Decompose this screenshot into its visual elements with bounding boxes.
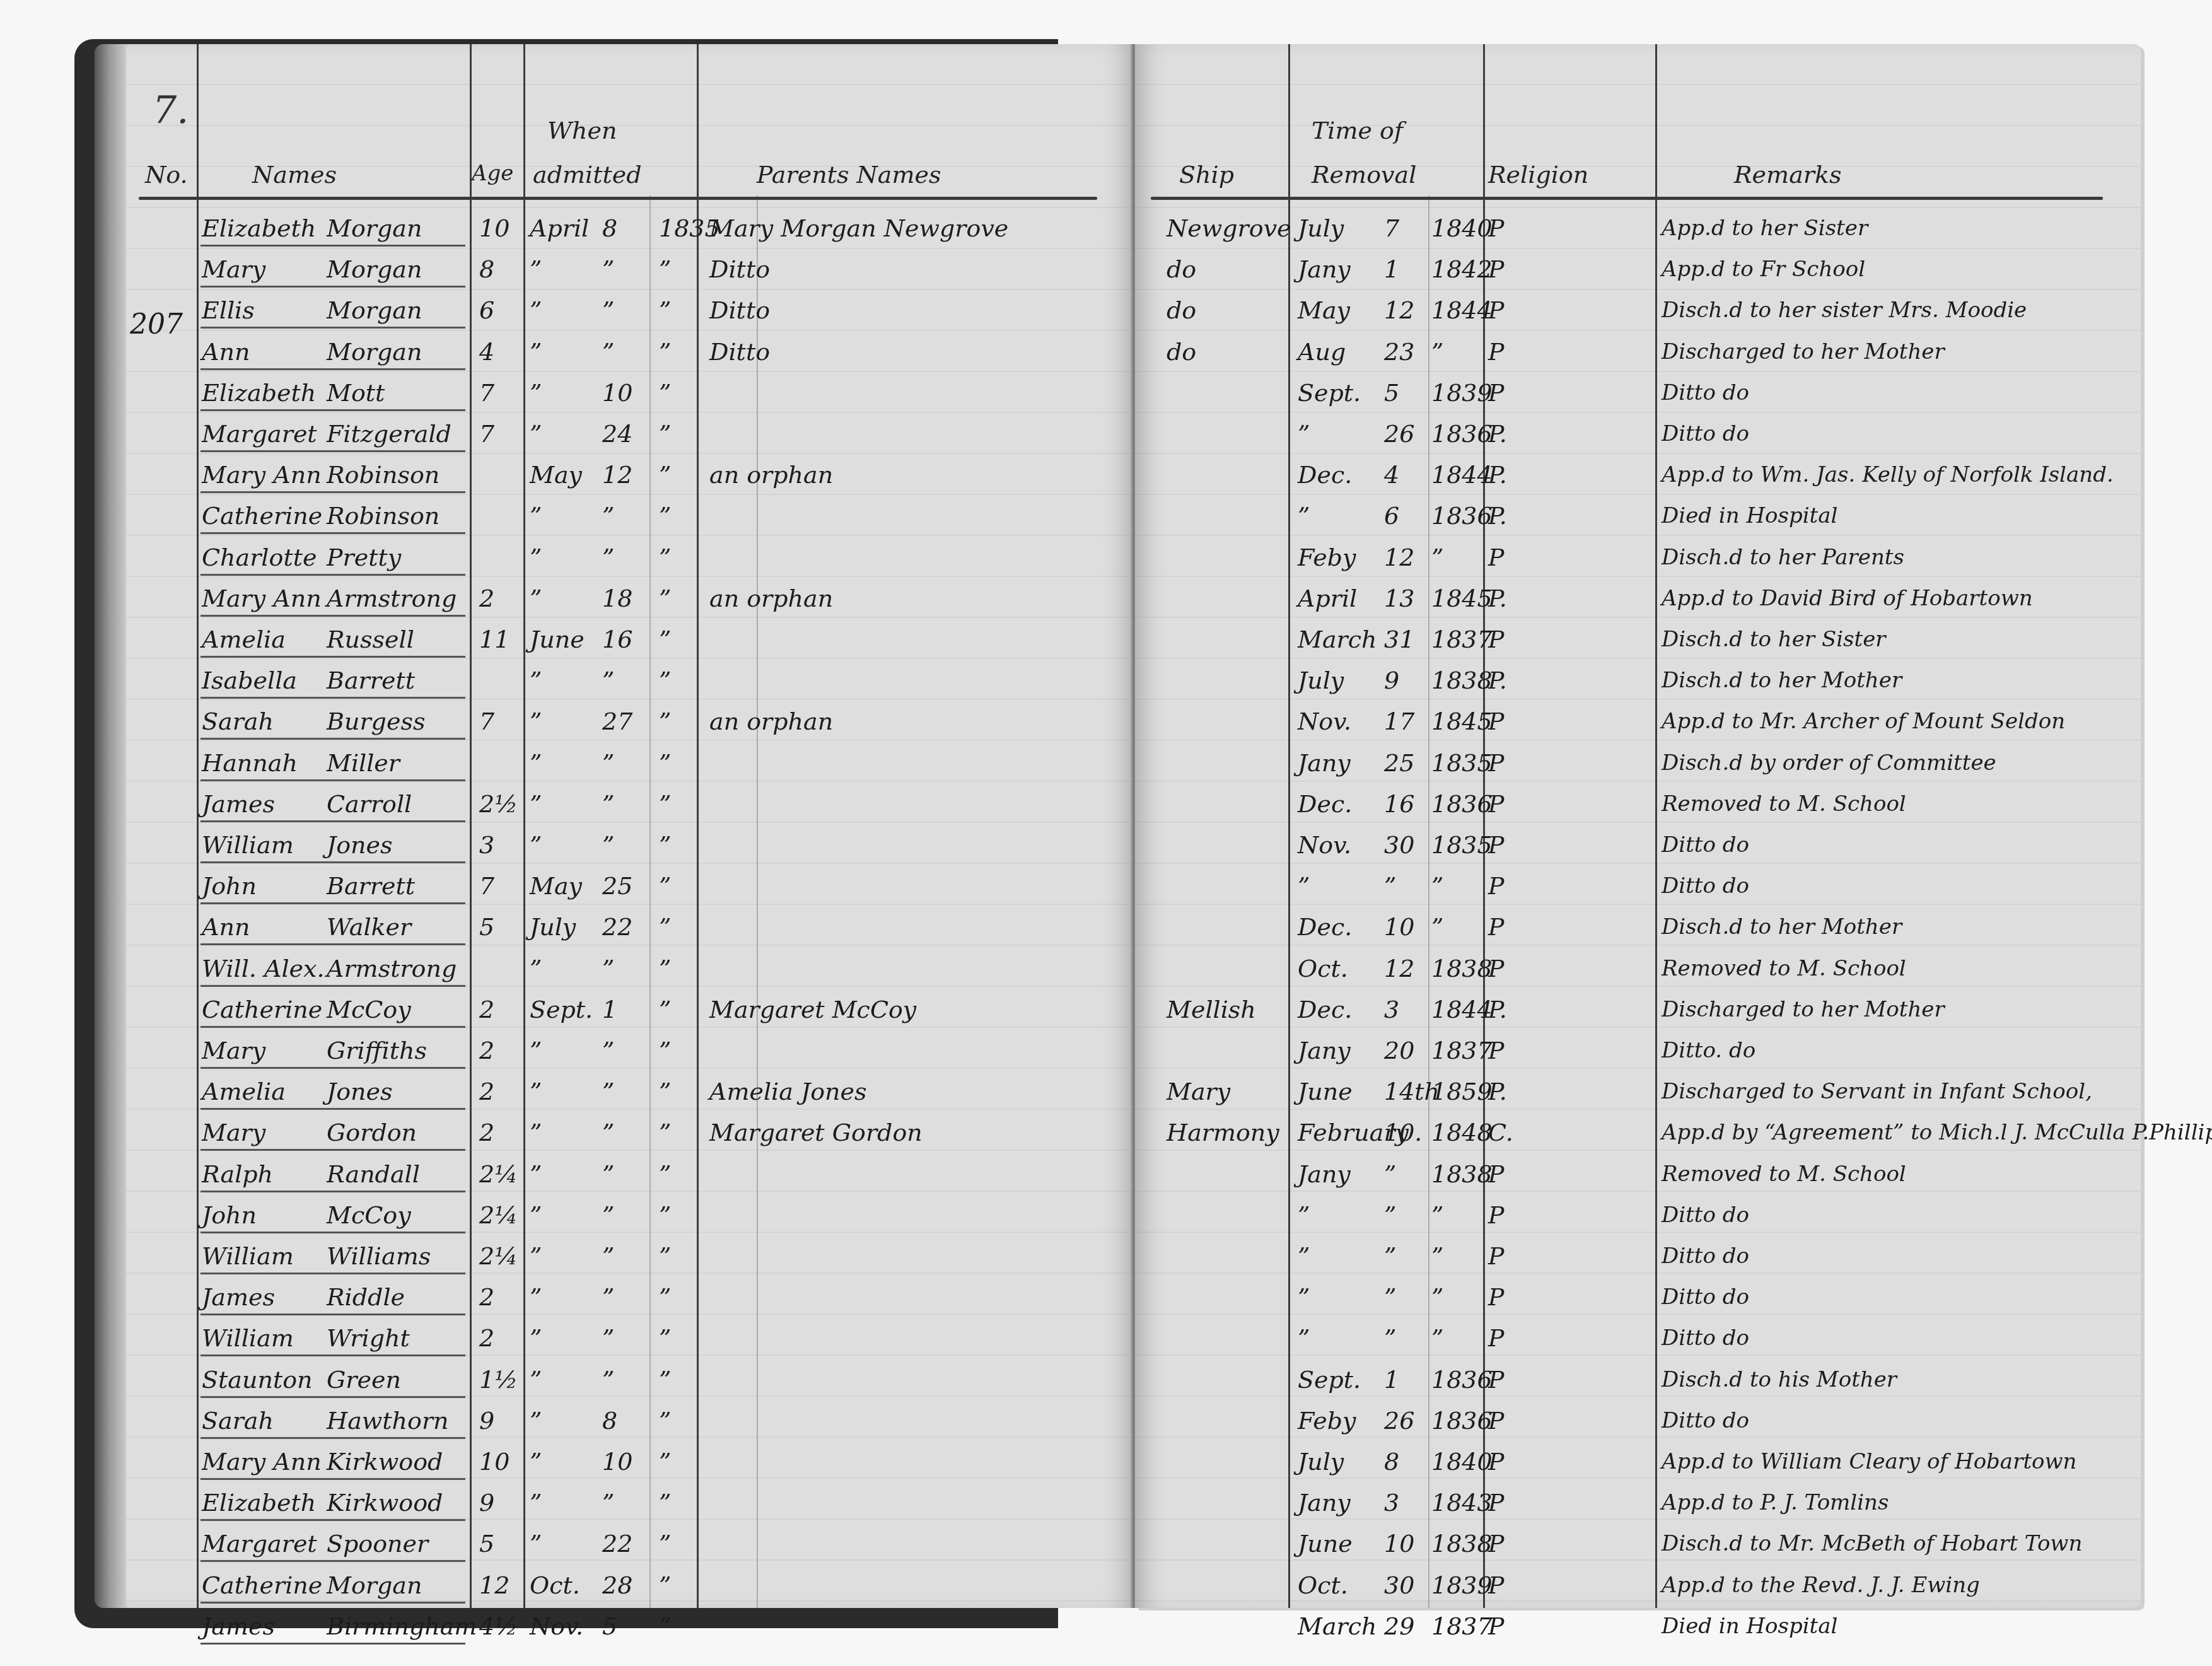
removal-day: 12 <box>1384 950 1414 987</box>
surname: McCoy <box>327 991 411 1028</box>
remarks: Ditto do <box>1662 1237 1749 1275</box>
admitted-day: ” <box>602 950 614 987</box>
admitted-month: ” <box>530 1525 542 1563</box>
first-name: Elizabeth <box>202 209 316 247</box>
removal-month: ” <box>1298 1319 1310 1357</box>
religion: P <box>1488 702 1505 740</box>
surname: Robinson <box>327 497 439 535</box>
name-underline <box>201 1314 465 1315</box>
admitted-day: ” <box>602 1361 614 1399</box>
removal-year: 1848 <box>1431 1114 1493 1151</box>
remarks: App.d to William Cleary of Hobartown <box>1662 1443 2077 1481</box>
first-name: Mary Ann <box>202 456 322 494</box>
admitted-year: ” <box>659 1525 671 1563</box>
surname: Burgess <box>327 702 425 740</box>
remarks: Ditto do <box>1662 1196 1749 1234</box>
admitted-month: Nov. <box>530 1607 583 1645</box>
removal-day: 6 <box>1384 497 1399 535</box>
header-rule <box>1151 197 2103 200</box>
removal-month: Nov. <box>1298 826 1351 864</box>
first-name: Amelia <box>202 620 286 658</box>
surname: Barrett <box>327 867 415 905</box>
admitted-month: ” <box>530 1073 542 1110</box>
admitted-year: ” <box>659 456 671 494</box>
religion: P <box>1488 1196 1505 1234</box>
header-parents-names: Parents Names <box>757 161 941 189</box>
surname: Riddle <box>327 1278 405 1316</box>
parent-name: Mary Morgan Newgrove <box>709 209 1008 247</box>
removal-month: Dec. <box>1298 991 1352 1028</box>
religion: P <box>1488 785 1505 823</box>
age: 10 <box>479 209 509 247</box>
admitted-month: ” <box>530 1237 542 1275</box>
admitted-month: Sept. <box>530 991 593 1028</box>
admitted-day: ” <box>602 539 614 576</box>
name-underline <box>201 574 465 576</box>
removal-month: March <box>1298 620 1377 658</box>
remarks: Disch.d to her Mother <box>1662 661 1902 699</box>
removal-year: 1845 <box>1431 702 1493 740</box>
age: 5 <box>479 908 494 946</box>
parent-name: Ditto <box>709 291 770 329</box>
name-underline <box>201 1191 465 1192</box>
removal-year: ” <box>1431 1278 1443 1316</box>
admitted-year: ” <box>659 1155 671 1193</box>
remarks: Discharged to her Mother <box>1662 333 1945 371</box>
removal-year: 1838 <box>1431 950 1493 987</box>
religion: P. <box>1488 456 1507 494</box>
surname: Spooner <box>327 1525 428 1563</box>
admitted-month: April <box>530 209 589 247</box>
admitted-year: ” <box>659 1361 671 1399</box>
removal-day: 30 <box>1384 1566 1414 1604</box>
admitted-month: ” <box>530 415 542 453</box>
admitted-year: ” <box>659 867 671 905</box>
surname: Fitzgerald <box>327 415 451 453</box>
surname: Wright <box>327 1319 410 1357</box>
removal-year: 1839 <box>1431 1566 1493 1604</box>
first-name: Mary Ann <box>202 1443 322 1481</box>
admitted-year: ” <box>659 950 671 987</box>
removal-month: Sept. <box>1298 374 1361 412</box>
religion: P <box>1488 291 1505 329</box>
admitted-year: ” <box>659 1114 671 1151</box>
name-underline <box>201 1643 465 1645</box>
surname: Morgan <box>327 250 422 288</box>
admitted-day: 24 <box>602 415 632 453</box>
removal-month: July <box>1298 1443 1344 1481</box>
admitted-day: ” <box>602 291 614 329</box>
removal-day: 17 <box>1384 702 1414 740</box>
header-no: No. <box>145 161 188 189</box>
admitted-day: 22 <box>602 908 632 946</box>
removal-year: 1844 <box>1431 456 1493 494</box>
admitted-year: ” <box>659 374 671 412</box>
name-underline <box>201 1067 465 1069</box>
header-time-of-removal-top: Time of <box>1312 117 1403 144</box>
name-underline <box>201 286 465 288</box>
admitted-day: ” <box>602 1278 614 1316</box>
admitted-year: ” <box>659 1032 671 1069</box>
remarks: Removed to M. School <box>1662 785 1906 823</box>
header-religion: Religion <box>1488 161 1588 189</box>
first-name: John <box>202 1196 257 1234</box>
admitted-month: ” <box>530 1484 542 1522</box>
removal-day: 30 <box>1384 826 1414 864</box>
first-name: Catherine <box>202 991 322 1028</box>
first-name: Sarah <box>202 1402 274 1440</box>
column-rule <box>470 44 472 1608</box>
ship: Harmony <box>1167 1114 1279 1151</box>
admitted-month: ” <box>530 950 542 987</box>
removal-day: 23 <box>1384 333 1414 371</box>
admitted-day: 22 <box>602 1525 632 1563</box>
ship: do <box>1167 291 1196 329</box>
first-name: Ann <box>202 908 250 946</box>
removal-month: Oct. <box>1298 950 1348 987</box>
removal-year: 1835 <box>1431 826 1493 864</box>
name-underline <box>201 409 465 411</box>
remarks: Ditto do <box>1662 867 1749 905</box>
admitted-year: ” <box>659 250 671 288</box>
age: 2¼ <box>479 1155 518 1193</box>
admitted-month: ” <box>530 702 542 740</box>
header-time-of-removal-bottom: Removal <box>1312 161 1416 189</box>
admitted-month: ” <box>530 826 542 864</box>
removal-year: 1839 <box>1431 374 1493 412</box>
first-name: Mary <box>202 1114 265 1151</box>
religion: P. <box>1488 661 1507 699</box>
age: 2 <box>479 1278 494 1316</box>
removal-year: ” <box>1431 333 1443 371</box>
removal-month: ” <box>1298 415 1310 453</box>
removal-month: Nov. <box>1298 702 1351 740</box>
first-name: Hannah <box>202 744 298 782</box>
name-underline <box>201 1396 465 1398</box>
religion: P <box>1488 1402 1505 1440</box>
religion: P <box>1488 1484 1505 1522</box>
folio-number: 7. <box>153 88 189 132</box>
column-rule <box>197 44 199 1608</box>
remarks: Disch.d to his Mother <box>1662 1361 1897 1399</box>
remarks: App.d to her Sister <box>1662 209 1868 247</box>
admitted-month: ” <box>530 250 542 288</box>
admitted-day: 12 <box>602 456 632 494</box>
age: 2 <box>479 991 494 1028</box>
removal-month: Oct. <box>1298 1566 1348 1604</box>
name-underline <box>201 1108 465 1110</box>
first-name: Mary <box>202 1032 265 1069</box>
age: 6 <box>479 291 494 329</box>
first-name: William <box>202 1237 294 1275</box>
religion: P <box>1488 1319 1505 1357</box>
religion: P <box>1488 1443 1505 1481</box>
admitted-month: ” <box>530 1443 542 1481</box>
removal-day: ” <box>1384 1278 1396 1316</box>
admitted-month: ” <box>530 1155 542 1193</box>
admitted-month: ” <box>530 785 542 823</box>
religion: P. <box>1488 415 1507 453</box>
remarks: Ditto do <box>1662 374 1749 412</box>
first-name: John <box>202 867 257 905</box>
removal-month: ” <box>1298 867 1310 905</box>
removal-year: ” <box>1431 1196 1443 1234</box>
admitted-year: ” <box>659 620 671 658</box>
left-page: 7. No. Names Age When admitted Parents N… <box>126 44 1134 1608</box>
admitted-day: 27 <box>602 702 632 740</box>
removal-year: 1836 <box>1431 1361 1493 1399</box>
first-name: Sarah <box>202 702 274 740</box>
removal-day: 26 <box>1384 1402 1414 1440</box>
age: 7 <box>479 415 494 453</box>
age: 2 <box>479 1032 494 1069</box>
removal-day: 12 <box>1384 539 1414 576</box>
remarks: Removed to M. School <box>1662 1155 1906 1193</box>
admitted-month: ” <box>530 497 542 535</box>
admitted-year: ” <box>659 1607 671 1645</box>
admitted-year: ” <box>659 291 671 329</box>
removal-day: 26 <box>1384 415 1414 453</box>
removal-month: Feby <box>1298 539 1356 576</box>
remarks: Ditto do <box>1662 1278 1749 1316</box>
name-underline <box>201 985 465 987</box>
admitted-month: ” <box>530 580 542 617</box>
first-name: William <box>202 826 294 864</box>
removal-month: ” <box>1298 1196 1310 1234</box>
removal-year: 1845 <box>1431 580 1493 617</box>
removal-month: Jany <box>1298 744 1351 782</box>
surname: Jones <box>327 826 393 864</box>
remarks: Disch.d to her Parents <box>1662 539 1904 576</box>
admitted-year: ” <box>659 1402 671 1440</box>
name-underline <box>201 1232 465 1233</box>
admitted-day: ” <box>602 1237 614 1275</box>
removal-month: Sept. <box>1298 1361 1361 1399</box>
first-name: James <box>202 1607 275 1645</box>
admitted-month: ” <box>530 333 542 371</box>
name-underline <box>201 1149 465 1151</box>
surname: Walker <box>327 908 411 946</box>
removal-day: 1 <box>1384 1361 1399 1399</box>
surname: Pretty <box>327 539 401 576</box>
column-rule-thin <box>649 195 651 1608</box>
removal-day: 9 <box>1384 661 1399 699</box>
parent-name: an orphan <box>709 580 833 617</box>
header-when-admitted-top: When <box>547 117 617 144</box>
removal-day: 1 <box>1384 250 1399 288</box>
admitted-day: 16 <box>602 620 632 658</box>
religion: P. <box>1488 497 1507 535</box>
surname: Russell <box>327 620 414 658</box>
name-underline <box>201 902 465 904</box>
admitted-day: 1 <box>602 991 617 1028</box>
removal-month: July <box>1298 209 1344 247</box>
column-rule <box>1655 44 1657 1608</box>
name-underline <box>201 861 465 863</box>
removal-day: 20 <box>1384 1032 1414 1069</box>
removal-day: 7 <box>1384 209 1399 247</box>
admitted-day: ” <box>602 744 614 782</box>
admitted-year: ” <box>659 702 671 740</box>
name-underline <box>201 1437 465 1439</box>
religion: P. <box>1488 991 1507 1028</box>
removal-month: ” <box>1298 497 1310 535</box>
admitted-day: 28 <box>602 1566 632 1604</box>
remarks: Ditto do <box>1662 826 1749 864</box>
removal-year: ” <box>1431 908 1443 946</box>
right-page: Ship Time of Removal Religion Remarks Ne… <box>1135 44 2141 1608</box>
name-underline <box>201 1560 465 1562</box>
surname: Morgan <box>327 209 422 247</box>
admitted-month: ” <box>530 661 542 699</box>
admitted-year: ” <box>659 1443 671 1481</box>
column-rule <box>1288 44 1290 1608</box>
removal-day: ” <box>1384 867 1396 905</box>
removal-day: 31 <box>1384 620 1414 658</box>
admitted-day: ” <box>602 1032 614 1069</box>
surname: Mott <box>327 374 385 412</box>
religion: P <box>1488 250 1505 288</box>
parent-name: Ditto <box>709 250 770 288</box>
name-underline <box>201 697 465 699</box>
religion: P <box>1488 333 1505 371</box>
column-rule-thin <box>1428 195 1429 1608</box>
admitted-year: ” <box>659 908 671 946</box>
religion: P <box>1488 744 1505 782</box>
admitted-year: ” <box>659 1073 671 1110</box>
column-rule <box>523 44 525 1608</box>
removal-day: 8 <box>1384 1443 1399 1481</box>
surname: Morgan <box>327 291 422 329</box>
surname: Birmingham <box>327 1607 477 1645</box>
removal-day: 29 <box>1384 1607 1414 1645</box>
removal-month: Jany <box>1298 250 1351 288</box>
name-underline <box>201 779 465 781</box>
remarks: Discharged to Servant in Infant School, <box>1662 1073 2092 1110</box>
removal-day: ” <box>1384 1155 1396 1193</box>
header-age: Age <box>472 161 513 186</box>
admitted-year: ” <box>659 1484 671 1522</box>
surname: Randall <box>327 1155 420 1193</box>
religion: P <box>1488 826 1505 864</box>
ship: do <box>1167 250 1196 288</box>
admitted-month: ” <box>530 1361 542 1399</box>
first-name: Margaret <box>202 415 317 453</box>
remarks: App.d to Mr. Archer of Mount Seldon <box>1662 702 2065 740</box>
parent-name: Ditto <box>709 333 770 371</box>
removal-month: Jany <box>1298 1484 1351 1522</box>
age: 3 <box>479 826 494 864</box>
admitted-month: ” <box>530 1196 542 1234</box>
admitted-day: 10 <box>602 1443 632 1481</box>
header-when-admitted-bottom: admitted <box>533 161 642 189</box>
admitted-day: ” <box>602 250 614 288</box>
parent-name: an orphan <box>709 702 833 740</box>
admitted-day: 25 <box>602 867 632 905</box>
entry-margin-number: 207 <box>130 306 183 344</box>
first-name: Ralph <box>202 1155 273 1193</box>
remarks: Ditto. do <box>1662 1032 1755 1069</box>
name-underline <box>201 1602 465 1604</box>
surname: Hawthorn <box>327 1402 449 1440</box>
removal-day: 25 <box>1384 744 1414 782</box>
age: 2½ <box>479 785 518 823</box>
religion: P <box>1488 867 1505 905</box>
first-name: Charlotte <box>202 539 317 576</box>
admitted-day: ” <box>602 497 614 535</box>
removal-day: 12 <box>1384 291 1414 329</box>
name-underline <box>201 820 465 822</box>
removal-day: ” <box>1384 1319 1396 1357</box>
religion: P. <box>1488 1073 1507 1110</box>
first-name: Catherine <box>202 497 322 535</box>
first-name: Amelia <box>202 1073 286 1110</box>
column-rule <box>697 44 699 1608</box>
first-name: Margaret <box>202 1525 317 1563</box>
header-ship: Ship <box>1179 161 1234 189</box>
removal-day: 10 <box>1384 908 1414 946</box>
admitted-day: ” <box>602 1155 614 1193</box>
admitted-year: ” <box>659 744 671 782</box>
removal-year: ” <box>1431 867 1443 905</box>
removal-month: Dec. <box>1298 456 1352 494</box>
first-name: Catherine <box>202 1566 322 1604</box>
age: 7 <box>479 702 494 740</box>
admitted-year: ” <box>659 1566 671 1604</box>
admitted-month: May <box>530 456 582 494</box>
admitted-day: ” <box>602 1484 614 1522</box>
name-underline <box>201 491 465 493</box>
name-underline <box>201 532 465 534</box>
removal-month: March <box>1298 1607 1377 1645</box>
surname: McCoy <box>327 1196 411 1234</box>
removal-year: 1859 <box>1431 1073 1493 1110</box>
admitted-month: Oct. <box>530 1566 580 1604</box>
admitted-month: ” <box>530 1114 542 1151</box>
religion: P <box>1488 908 1505 946</box>
first-name: Will. Alex. <box>202 950 325 987</box>
age: 4 <box>479 333 494 371</box>
remarks: Removed to M. School <box>1662 950 1906 987</box>
admitted-year: ” <box>659 1196 671 1234</box>
religion: P <box>1488 374 1505 412</box>
religion: P <box>1488 950 1505 987</box>
religion: P <box>1488 1155 1505 1193</box>
religion: P <box>1488 539 1505 576</box>
age: 5 <box>479 1525 494 1563</box>
remarks: Discharged to her Mother <box>1662 991 1945 1028</box>
removal-month: Dec. <box>1298 785 1352 823</box>
parent-name: Amelia Jones <box>709 1073 867 1110</box>
age: 2¼ <box>479 1196 518 1234</box>
removal-year: 1837 <box>1431 1032 1493 1069</box>
admitted-year: ” <box>659 497 671 535</box>
removal-month: April <box>1298 580 1357 617</box>
removal-day: 10. <box>1384 1114 1422 1151</box>
remarks: Disch.d to her Sister <box>1662 620 1886 658</box>
removal-month: Jany <box>1298 1032 1351 1069</box>
removal-year: ” <box>1431 1237 1443 1275</box>
removal-year: 1837 <box>1431 620 1493 658</box>
surname: Morgan <box>327 1566 422 1604</box>
admitted-year: ” <box>659 826 671 864</box>
age: 7 <box>479 867 494 905</box>
admitted-month: ” <box>530 291 542 329</box>
removal-year: ” <box>1431 539 1443 576</box>
remarks: App.d to P. J. Tomlins <box>1662 1484 1889 1522</box>
surname: Miller <box>327 744 400 782</box>
remarks: Ditto do <box>1662 1402 1749 1440</box>
